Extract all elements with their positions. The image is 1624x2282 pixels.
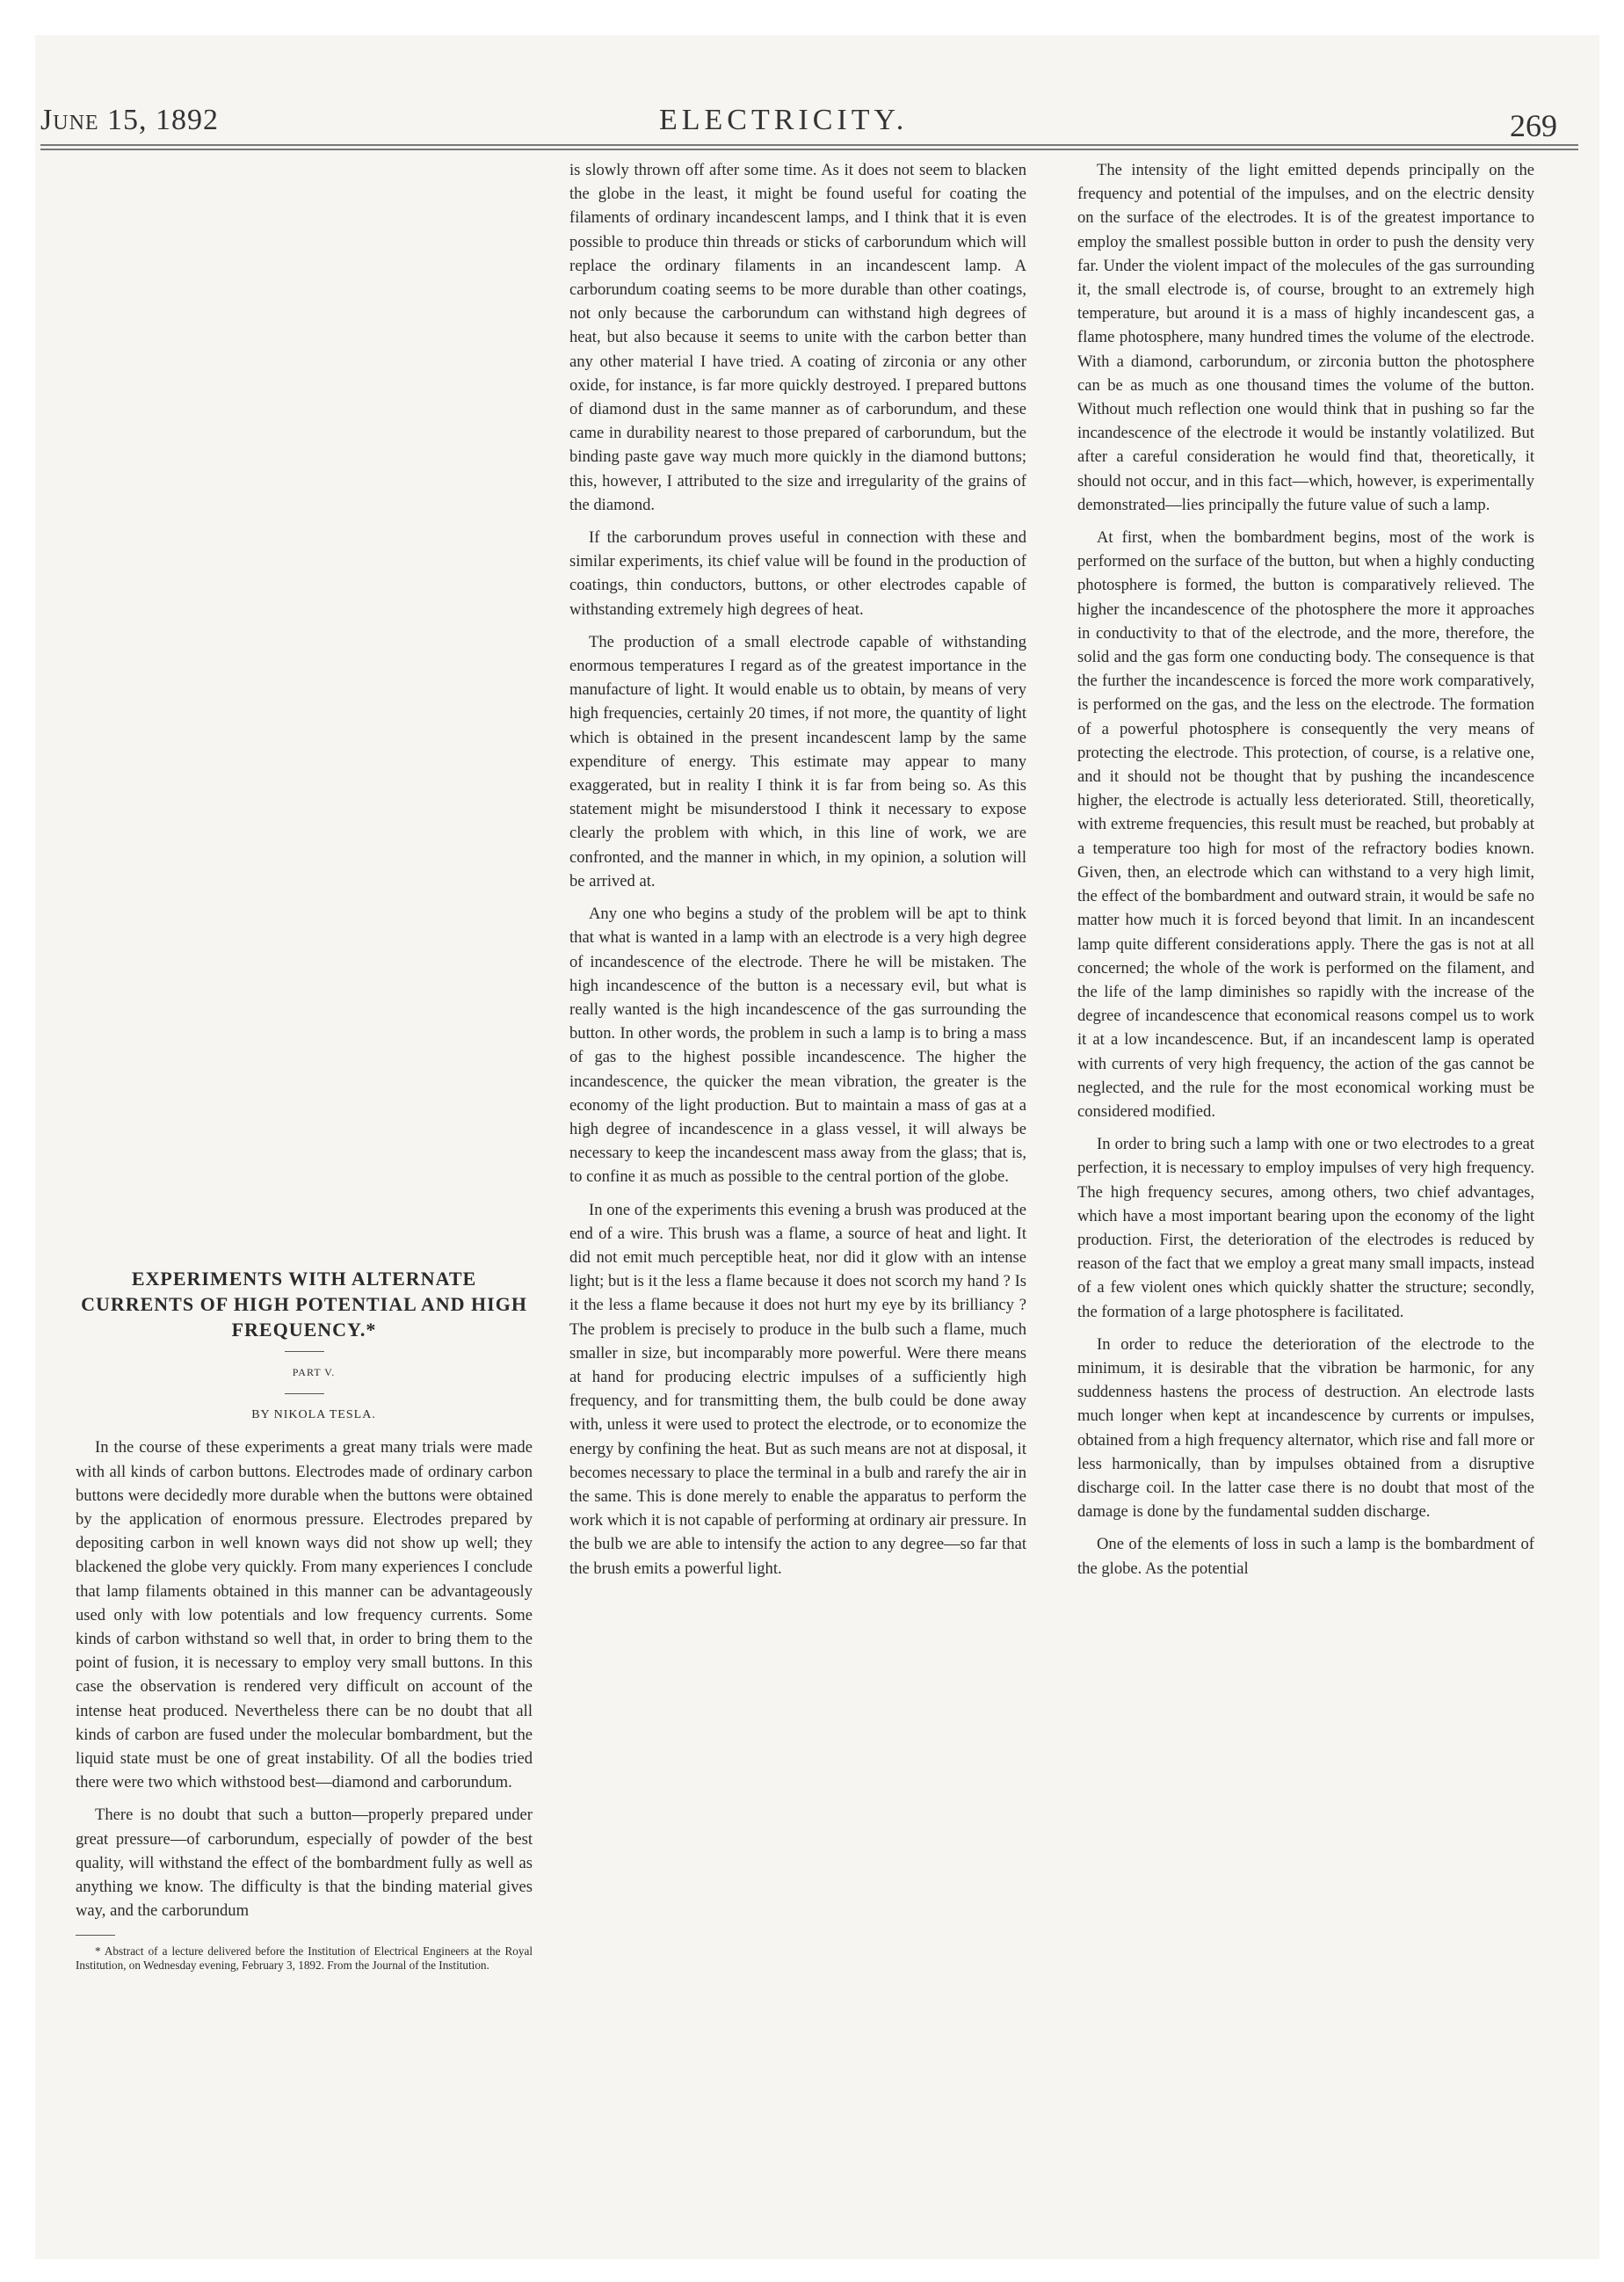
paragraph: The production of a small electrode capa… <box>569 630 1026 893</box>
paragraph: At first, when the bombardment begins, m… <box>1077 526 1534 1123</box>
paragraph: In order to bring such a lamp with one o… <box>1077 1132 1534 1324</box>
paragraph: If the carborundum proves useful in conn… <box>569 526 1026 621</box>
paragraph: One of the elements of loss in such a la… <box>1077 1532 1534 1580</box>
page-number: 269 <box>1510 107 1557 144</box>
paragraph: In the course of these experiments a gre… <box>76 1435 533 1794</box>
publication-title: ELECTRICITY. <box>659 104 908 137</box>
footnote: * Abstract of a lecture delivered before… <box>76 1944 533 1972</box>
issue-date: June 15, 1892 <box>40 104 219 137</box>
part-divider <box>285 1393 324 1394</box>
footnote-divider <box>76 1935 115 1936</box>
column-right: The intensity of the light emitted depen… <box>1077 158 1534 1589</box>
article-byline: BY NIKOLA TESLA. <box>76 1403 533 1427</box>
article-part: PART V. <box>76 1361 533 1384</box>
column-middle: is slowly thrown off after some time. As… <box>569 158 1026 1589</box>
header-rule-bottom <box>40 149 1578 150</box>
title-divider <box>285 1351 324 1352</box>
paragraph: There is no doubt that such a button—pro… <box>76 1803 533 1922</box>
paragraph: Any one who begins a study of the proble… <box>569 902 1026 1188</box>
paragraph: is slowly thrown off after some time. As… <box>569 158 1026 517</box>
article-title: EXPERIMENTS WITH ALTERNATE CURRENTS OF H… <box>76 1266 533 1342</box>
column-left: EXPERIMENTS WITH ALTERNATE CURRENTS OF H… <box>76 1266 533 1980</box>
paragraph: The intensity of the light emitted depen… <box>1077 158 1534 517</box>
paragraph: In one of the experiments this evening a… <box>569 1198 1026 1581</box>
paragraph: In order to reduce the deterioration of … <box>1077 1333 1534 1524</box>
header-rule-top <box>40 144 1578 146</box>
